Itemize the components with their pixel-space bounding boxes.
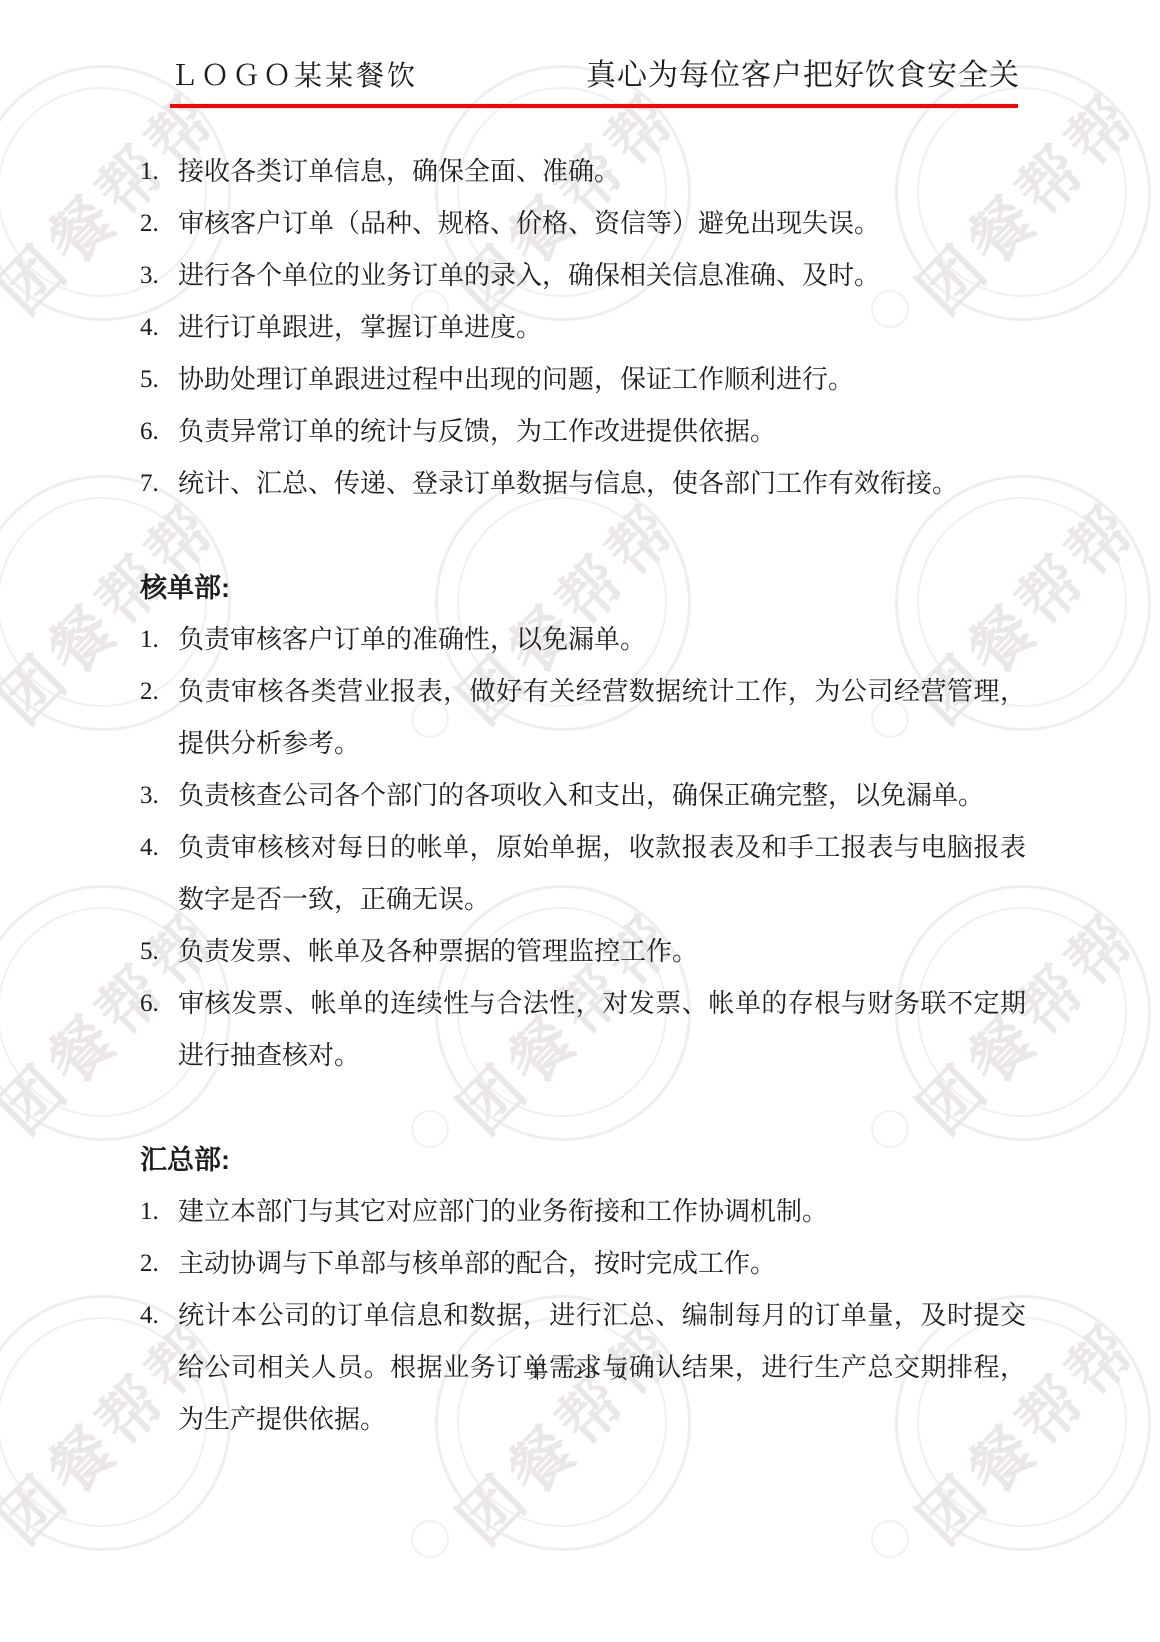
- list-item-text: 接收各类订单信息，确保全面、准确。: [178, 146, 1026, 198]
- document-page: 团餐帮帮团餐帮帮团餐帮帮团餐帮帮团餐帮帮团餐帮帮团餐帮帮团餐帮帮团餐帮帮团餐帮帮…: [0, 0, 1160, 1642]
- list-item: 4.进行订单跟进，掌握订单进度。: [140, 302, 1030, 354]
- list-item: 6.审核发票、帐单的连续性与合法性，对发票、帐单的存根与财务联不定期进行抽查核对…: [140, 978, 1030, 1082]
- list-item-number: 2.: [140, 666, 178, 718]
- list-item-number: 4.: [140, 822, 178, 874]
- list-item: 4.负责审核核对每日的帐单，原始单据，收款报表及和手工报表与电脑报表数字是否一致…: [140, 822, 1030, 926]
- list-item-text: 负责异常订单的统计与反馈，为工作改进提供依据。: [178, 406, 1026, 458]
- list-item-text: 审核发票、帐单的连续性与合法性，对发票、帐单的存根与财务联不定期进行抽查核对。: [178, 978, 1026, 1082]
- list-item-number: 1.: [140, 614, 178, 666]
- header-logo-text: ＬＯＧＯ某某餐饮: [170, 54, 418, 94]
- section-heading: 汇总部:: [140, 1134, 1030, 1186]
- list-item-number: 5.: [140, 354, 178, 406]
- list-item: 2.主动协调与下单部与核单部的配合，按时完成工作。: [140, 1238, 1030, 1290]
- list-item-text: 审核客户订单（品种、规格、价格、资信等）避免出现失误。: [178, 198, 1026, 250]
- list-item-text: 建立本部门与其它对应部门的业务衔接和工作协调机制。: [178, 1186, 1026, 1238]
- watermark-small-circle-icon: [871, 1520, 909, 1558]
- list-item-number: 6.: [140, 978, 178, 1030]
- list-item-text: 统计、汇总、传递、登录订单数据与信息，使各部门工作有效衔接。: [178, 458, 1026, 510]
- section: 汇总部:1.建立本部门与其它对应部门的业务衔接和工作协调机制。2.主动协调与下单…: [140, 1134, 1030, 1446]
- list-item-text: 负责审核核对每日的帐单，原始单据，收款报表及和手工报表与电脑报表数字是否一致，正…: [178, 822, 1026, 926]
- list-item: 3.进行各个单位的业务订单的录入，确保相关信息准确、及时。: [140, 250, 1030, 302]
- list-item-text: 负责发票、帐单及各种票据的管理监控工作。: [178, 926, 1026, 978]
- list-item-number: 1.: [140, 146, 178, 198]
- list-item-number: 7.: [140, 458, 178, 510]
- list-item-number: 3.: [140, 250, 178, 302]
- list-item-text: 进行订单跟进，掌握订单进度。: [178, 302, 1026, 354]
- header-red-rule: [170, 104, 1018, 108]
- section-heading: 核单部:: [140, 562, 1030, 614]
- header-slogan-text: 真心为每位客户把好饮食安全关: [586, 50, 1020, 94]
- list-item-text: 进行各个单位的业务订单的录入，确保相关信息准确、及时。: [178, 250, 1026, 302]
- list-item-text: 负责审核客户订单的准确性，以免漏单。: [178, 614, 1026, 666]
- list-item-number: 2.: [140, 198, 178, 250]
- list-item-text: 负责核查公司各个部门的各项收入和支出，确保正确完整，以免漏单。: [178, 770, 1026, 822]
- list-item: 6.负责异常订单的统计与反馈，为工作改进提供依据。: [140, 406, 1030, 458]
- list-item-text: 负责审核各类营业报表，做好有关经营数据统计工作，为公司经营管理，提供分析参考。: [178, 666, 1026, 770]
- section: 核单部:1.负责审核客户订单的准确性，以免漏单。2.负责审核各类营业报表，做好有…: [140, 562, 1030, 1082]
- list-item: 3.负责核查公司各个部门的各项收入和支出，确保正确完整，以免漏单。: [140, 770, 1030, 822]
- watermark-small-circle-icon: [411, 1520, 449, 1558]
- document-content: ＬＯＧＯ某某餐饮 真心为每位客户把好饮食安全关 1.接收各类订单信息，确保全面、…: [0, 50, 1160, 1446]
- list-item: 1.建立本部门与其它对应部门的业务衔接和工作协调机制。: [140, 1186, 1030, 1238]
- list-item: 1.负责审核客户订单的准确性，以免漏单。: [140, 614, 1030, 666]
- list-item-number: 4.: [140, 1290, 178, 1342]
- list-item: 7.统计、汇总、传递、登录订单数据与信息，使各部门工作有效衔接。: [140, 458, 1030, 510]
- section: 1.接收各类订单信息，确保全面、准确。2.审核客户订单（品种、规格、价格、资信等…: [140, 146, 1030, 510]
- list-item-number: 5.: [140, 926, 178, 978]
- list-item-text: 主动协调与下单部与核单部的配合，按时完成工作。: [178, 1238, 1026, 1290]
- list-item-number: 4.: [140, 302, 178, 354]
- list-item-text: 协助处理订单跟进过程中出现的问题，保证工作顺利进行。: [178, 354, 1026, 406]
- list-item-number: 3.: [140, 770, 178, 822]
- list-item-number: 1.: [140, 1186, 178, 1238]
- list-item: 2.负责审核各类营业报表，做好有关经营数据统计工作，为公司经营管理，提供分析参考…: [140, 666, 1030, 770]
- list-item: 5.负责发票、帐单及各种票据的管理监控工作。: [140, 926, 1030, 978]
- list-item-number: 6.: [140, 406, 178, 458]
- page-header: ＬＯＧＯ某某餐饮 真心为每位客户把好饮食安全关: [170, 50, 1020, 94]
- list-item: 2.审核客户订单（品种、规格、价格、资信等）避免出现失误。: [140, 198, 1030, 250]
- page-number-footer: 第 123 页: [0, 1357, 1160, 1384]
- list-item-number: 2.: [140, 1238, 178, 1290]
- list-item: 1.接收各类订单信息，确保全面、准确。: [140, 146, 1030, 198]
- document-body: 1.接收各类订单信息，确保全面、准确。2.审核客户订单（品种、规格、价格、资信等…: [140, 146, 1030, 1446]
- list-item: 5.协助处理订单跟进过程中出现的问题，保证工作顺利进行。: [140, 354, 1030, 406]
